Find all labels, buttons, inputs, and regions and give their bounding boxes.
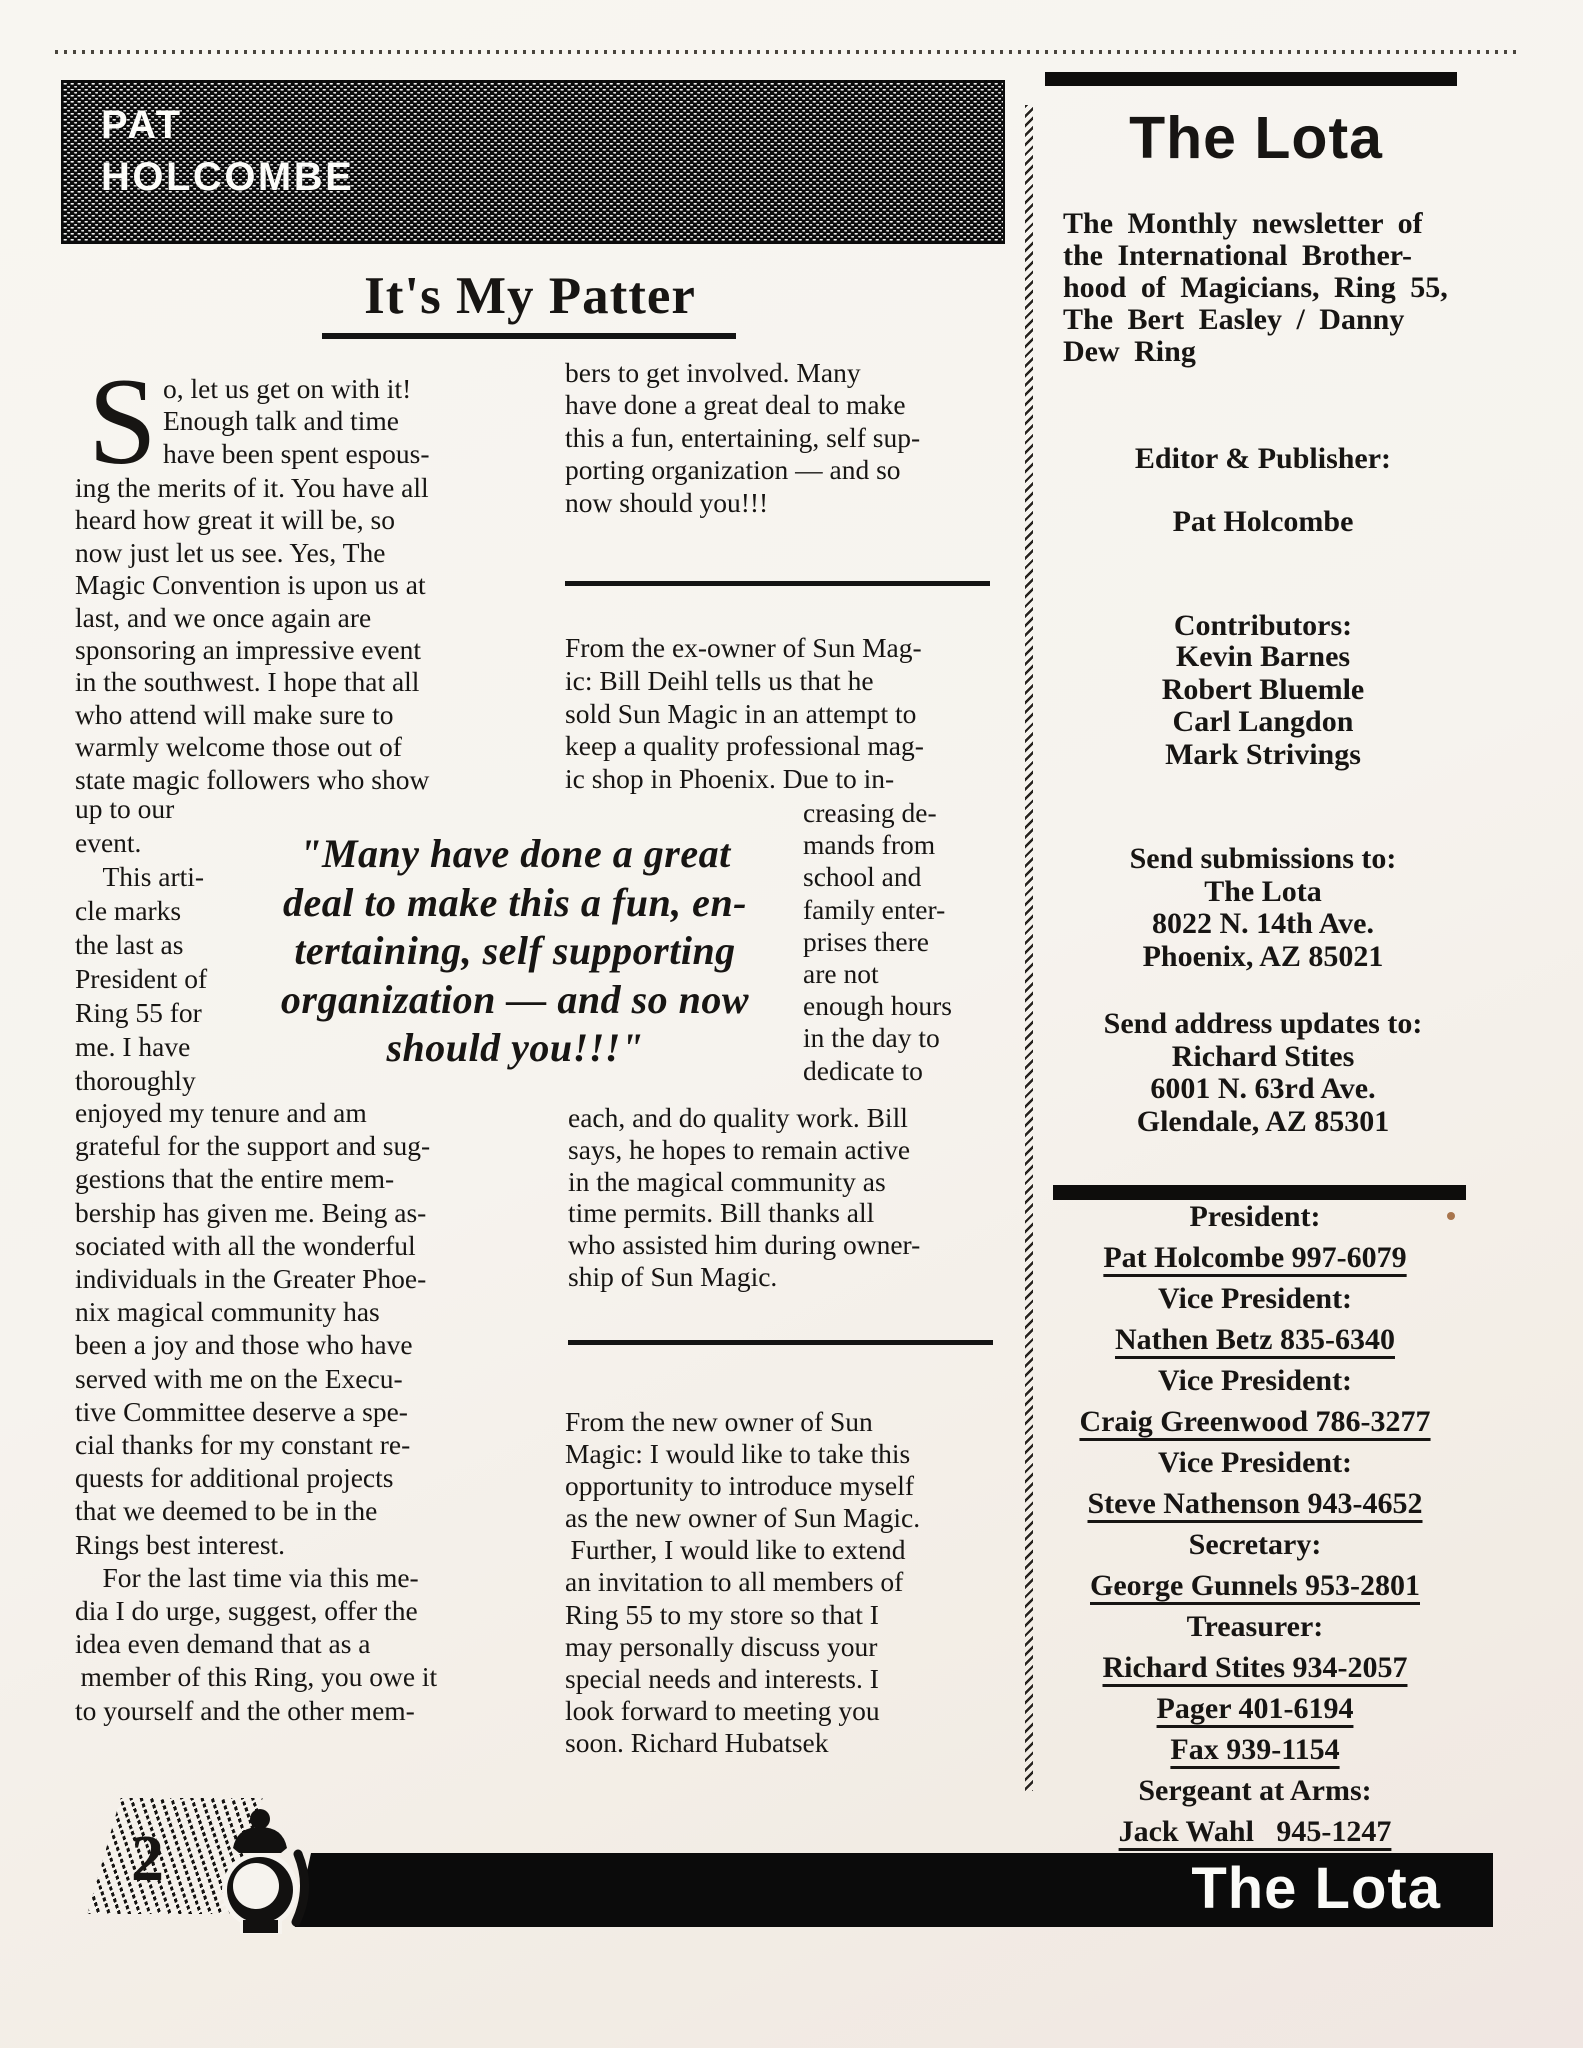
officers-list: President: Pat Holcombe 997-6079 Vice Pr… [1045,1196,1465,1852]
sidebar-title: The Lota [1060,104,1452,172]
contributors-list: Kevin Barnes Robert Bluemle Carl Langdon… [1063,641,1463,771]
col2-divider-1 [565,581,990,586]
lota-lamp-icon [214,1806,316,1942]
officer-name: Nathen Betz 835-6340 [1045,1319,1465,1360]
officer-role: Sergeant at Arms: [1045,1770,1465,1811]
sidebar-description: The Monthly newsletter of the Internatio… [1063,208,1467,368]
col2-divider-2 [568,1340,993,1345]
officer-name: Steve Nathenson 943-4652 [1045,1483,1465,1524]
top-dotted-rule [55,50,1520,54]
title-underline-rule [322,333,736,339]
officer-name: George Gunnels 953-2801 [1045,1565,1465,1606]
article-title: It's My Patter [180,266,880,326]
article-col2-top: bers to get involved. Many have done a g… [565,357,995,519]
footer-brand: The Lota [295,1853,1493,1925]
article-col1-body: ing the merits of it. You have all heard… [75,472,450,796]
article-col2-afterquote: each, and do quality work. Bill says, he… [568,1102,1000,1293]
drop-cap: S [88,374,157,470]
officer-role: Vice President: [1045,1442,1465,1483]
article-col2-narrow: creasing de- mands from school and famil… [803,797,998,1087]
officer-name: Jack Wahl 945-1247 [1045,1811,1465,1852]
officer-role: Vice President: [1045,1278,1465,1319]
author-masthead-box: PAT HOLCOMBE [63,82,1003,242]
article-col1-intro: o, let us get on with it! Enough talk an… [163,373,453,470]
officer-role: Vice President: [1045,1360,1465,1401]
officer-pager: Pager 401-6194 [1045,1688,1465,1729]
officer-name: Richard Stites 934-2057 [1045,1647,1465,1688]
ink-speck [1447,1212,1455,1220]
article-col1-continued: enjoyed my tenure and am grateful for th… [75,1096,453,1727]
contributors-label: Contributors: [1063,610,1463,643]
officer-fax: Fax 939-1154 [1045,1729,1465,1770]
officer-role: President: [1045,1196,1465,1237]
officer-role: Secretary: [1045,1524,1465,1565]
author-name-line1: PAT [63,82,1003,154]
address-updates-block: Send address updates to: Richard Stites … [1063,1008,1463,1138]
officer-name: Pat Holcombe 997-6079 [1045,1237,1465,1278]
officer-role: Treasurer: [1045,1606,1465,1647]
officer-name: Craig Greenwood 786-3277 [1045,1401,1465,1442]
article-col1-narrow: up to our event. This arti- cle marks th… [75,792,240,1098]
editor-label: Editor & Publisher: [1063,443,1463,476]
newsletter-page: PAT HOLCOMBE It's My Patter S o, let us … [0,0,1583,2048]
editor-name: Pat Holcombe [1063,506,1463,539]
sidebar-top-rule [1045,72,1457,86]
footer-bar: The Lota [295,1853,1493,1927]
article-col2-exowner: From the ex-owner of Sun Mag- ic: Bill D… [565,632,1000,796]
pull-quote: "Many have done a great deal to make thi… [222,830,808,1073]
author-name-line2: HOLCOMBE [63,148,1003,206]
submissions-block: Send submissions to: The Lota 8022 N. 14… [1063,843,1463,973]
sidebar-divider [1025,105,1033,1791]
page-number: 2 [131,1826,164,1892]
article-col2-newowner: From the new owner of Sun Magic: I would… [565,1406,1003,1759]
